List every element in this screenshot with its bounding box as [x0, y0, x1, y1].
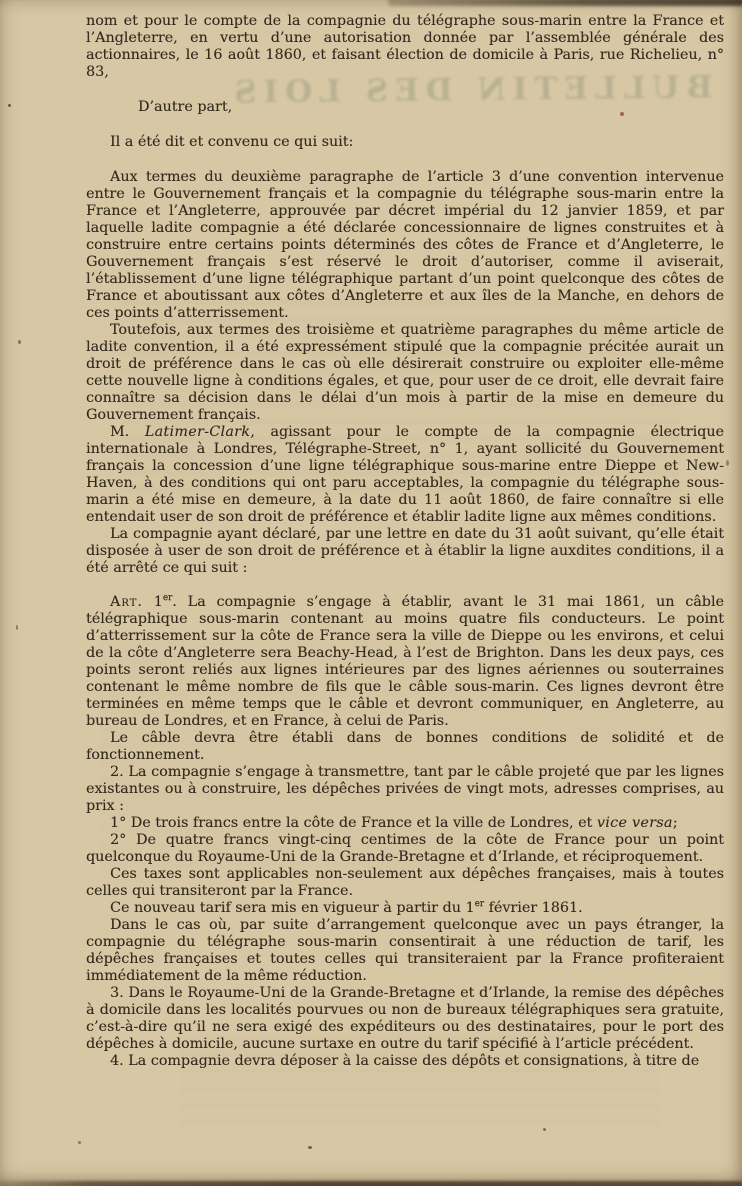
- article-1-body: . La compagnie s’engage à établir, avant…: [86, 594, 724, 729]
- paragraph-cable-conditions: Le câble devra être établi dans de bonne…: [86, 730, 724, 764]
- scanned-document-page: BULLETIN DES LOIS nom et pour le compte …: [0, 0, 742, 1186]
- ink-speck: [18, 340, 21, 344]
- paragraph-il-a-ete-dit: Il a été dit et convenu ce qui suit:: [86, 134, 724, 151]
- vigueur-suffix: février 1861.: [484, 900, 583, 916]
- ink-speck: [78, 1141, 81, 1144]
- paragraph-continuation: nom et pour le compte de la compagnie du…: [86, 13, 724, 81]
- article-1-label: Art.: [110, 594, 143, 610]
- paragraph-compagnie-declaration: La compagnie ayant déclaré, par une lett…: [86, 526, 724, 577]
- tarif-1-suffix: ;: [673, 815, 678, 831]
- ink-speck: [16, 625, 18, 630]
- scan-smudge-top: [388, 0, 742, 6]
- article-1-ordinal-suffix: er: [163, 593, 172, 603]
- scan-edge-bottom: [0, 1181, 742, 1186]
- paragraph-dautre-part: D’autre part,: [138, 99, 724, 116]
- paragraph-article-1: Art. 1er. La compagnie s’engage à établi…: [86, 594, 724, 730]
- ink-speck: [726, 460, 729, 466]
- ink-speck: [8, 104, 11, 107]
- list-item-tarif-2: 2° De quatre francs vingt-cinq centimes …: [86, 832, 724, 866]
- ink-speck: [543, 1128, 546, 1131]
- paragraph-article-2: 2. La compagnie s’engage à transmettre, …: [86, 764, 724, 815]
- paragraph-article-4: 4. La compagnie devra déposer à la caiss…: [86, 1053, 724, 1070]
- article-1-number: 1: [143, 594, 163, 610]
- list-item-tarif-1: 1° De trois francs entre la côte de Fran…: [86, 815, 724, 832]
- paragraph-aux-termes: Aux termes du deuxième paragraphe de l’a…: [86, 169, 724, 322]
- latimer-prefix: M.: [110, 424, 145, 440]
- paragraph-tarif-vigueur: Ce nouveau tarif sera mis en vigueur à p…: [86, 900, 724, 917]
- paragraph-latimer-clark: M. Latimer-Clark, agissant pour le compt…: [86, 424, 724, 526]
- ink-speck: [308, 1146, 312, 1149]
- tarif-1-text: 1° De trois francs entre la côte de Fran…: [110, 815, 597, 831]
- vigueur-text: Ce nouveau tarif sera mis en vigueur à p…: [110, 900, 475, 916]
- paragraph-taxes-applicables: Ces taxes sont applicables non-seulement…: [86, 866, 724, 900]
- paragraph-reduction: Dans le cas où, par suite d’arrangement …: [86, 917, 724, 985]
- vigueur-ordinal-suffix: er: [475, 899, 484, 909]
- document-text-column: nom et pour le compte de la compagnie du…: [86, 13, 724, 1070]
- paragraph-toutefois: Toutefois, aux termes des troisième et q…: [86, 322, 724, 424]
- paragraph-article-3: 3. Dans le Royaume-Uni de la Grande-Bret…: [86, 985, 724, 1053]
- tarif-1-vice-versa-italic: vice versa: [597, 815, 673, 831]
- latimer-name-italic: Latimer-Clark: [145, 424, 250, 440]
